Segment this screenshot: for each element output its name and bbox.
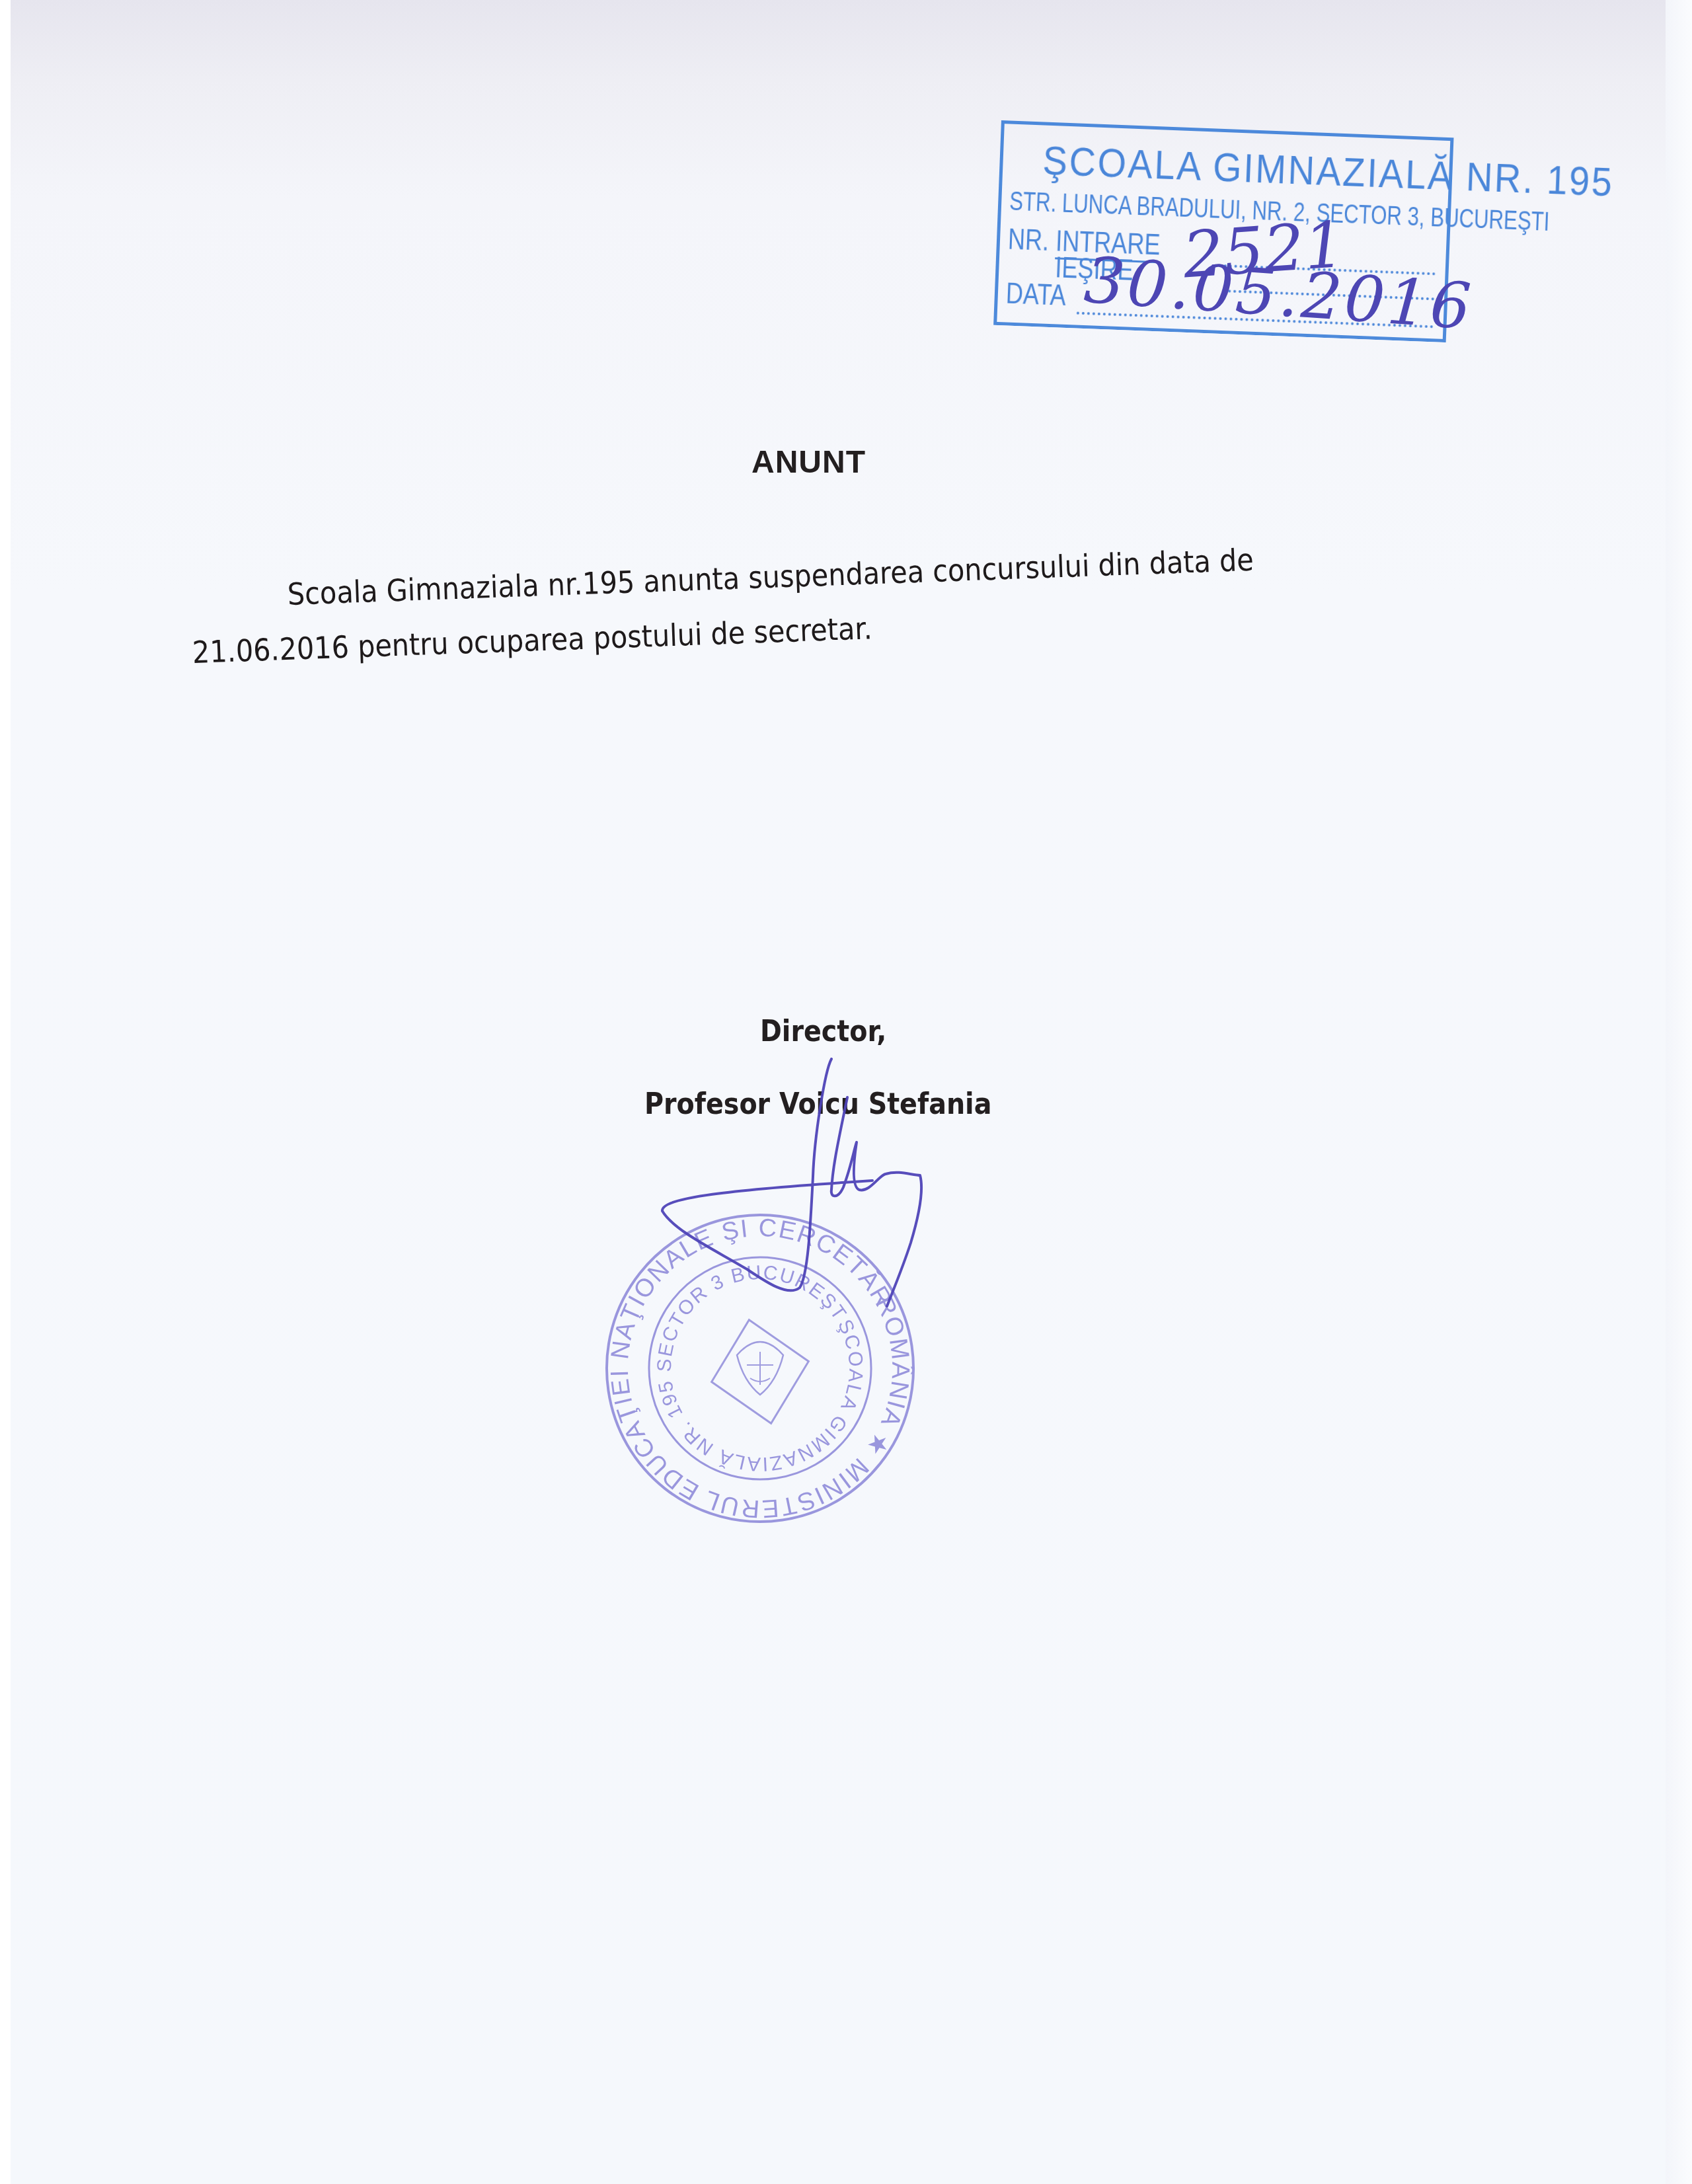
- handwritten-signature: [634, 1058, 952, 1348]
- signatory-role: Director,: [760, 1015, 886, 1048]
- page-edge: [1666, 0, 1692, 2184]
- stamp-nr-prefix: NR.: [1007, 223, 1050, 257]
- document-title: ANUNT: [751, 444, 866, 481]
- stamp-date-label: DATA: [1005, 277, 1067, 312]
